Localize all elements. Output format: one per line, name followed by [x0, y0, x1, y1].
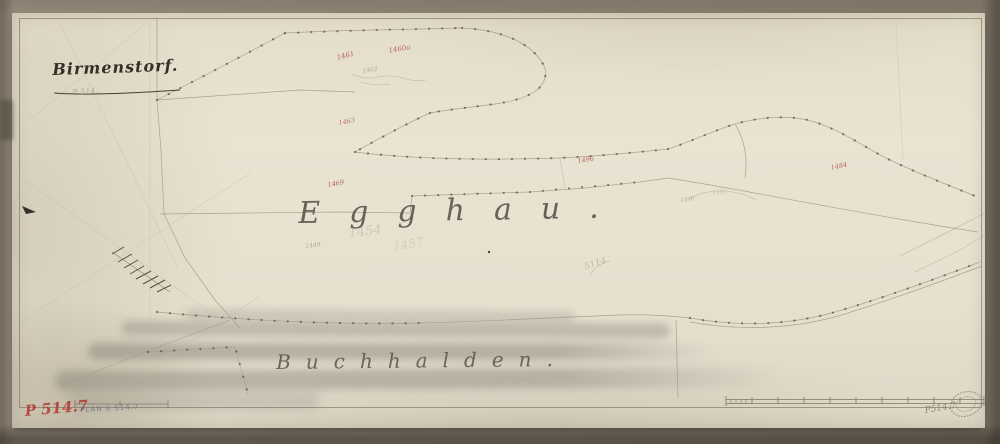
region-label-buchhalden: Buchhalden.	[276, 347, 568, 374]
title-pencil-note: P 514.	[72, 86, 98, 97]
scanned-map-sheet: Birmenstorf. P 514. Egghau. Buchhalden. …	[0, 0, 1000, 444]
survey-dot	[488, 251, 490, 253]
arrow-mark	[22, 206, 36, 214]
region-label-egghau: Egghau.	[298, 190, 628, 231]
pencil-scribbles	[352, 74, 756, 275]
hachure-mark	[112, 247, 171, 292]
